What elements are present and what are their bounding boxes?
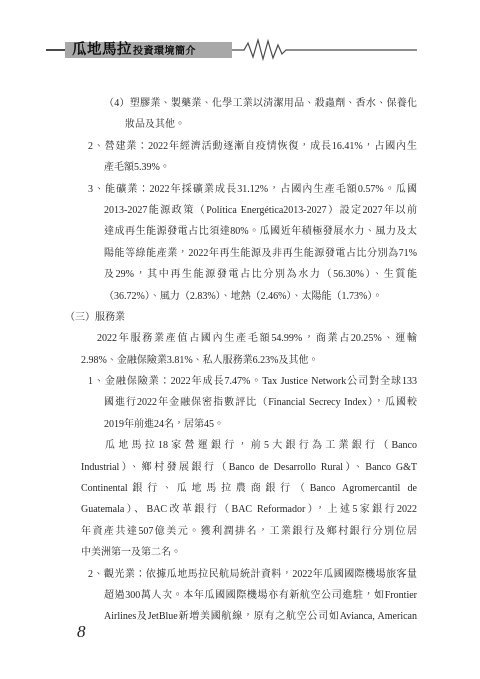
header-title-bar: 瓜地馬拉 投資環境簡介 — [65, 42, 232, 58]
document-body-text: （4）塑膠業、製藥業、化學工業以清潔用品、殺蟲劑、香水、保養化妝品及其他。2、營… — [65, 93, 417, 628]
text-line: 2.98%、金融保險業3.81%、私人服務業6.23%及其他。 — [81, 350, 417, 371]
text-line: （4）塑膠業、製藥業、化學工業以清潔用品、殺蟲劑、香水、保養化 — [104, 93, 417, 114]
text-line: Continental銀行、瓜地馬拉農商銀行（Banco Agromercant… — [81, 478, 417, 499]
text-line: 中美洲第一及第二名。 — [81, 542, 417, 563]
text-line: 及29%，其中再生能源發電占比分別為水力（56.30%）、生質能 — [104, 264, 417, 285]
text-line: 陽能等綠能產業，2022年再生能源及非再生能源發電占比分別為71% — [104, 243, 417, 264]
text-line: 國進行2022年金融保密指數評比（Financial Secrecy Index… — [104, 392, 417, 413]
heartbeat-pulse-graphic — [232, 37, 417, 63]
text-line: 1、金融保險業：2022年成長7.47%。Tax Justice Network… — [88, 371, 417, 392]
page-number: 8 — [77, 622, 86, 642]
doc-title-sub: 投資環境簡介 — [133, 46, 196, 58]
text-line: 2022年服務業產值占國內生產毛額54.99%，商業占20.25%、運輸 — [97, 328, 417, 349]
text-line: 超過300萬人次。本年瓜國國際機場亦有新航空公司進駐，如Frontier — [104, 585, 417, 606]
document-page: 瓜地馬拉 投資環境簡介 （4）塑膠業、製藥業、化學工業以清潔用品、殺蟲劑、香水、… — [0, 0, 480, 679]
text-line: 2013-2027能源政策（Política Energética2013-20… — [104, 200, 417, 221]
text-line: Airlines及JetBlue新增美國航線，原有之航空公司如Avianca, … — [104, 606, 417, 627]
header-rule-left-segment — [46, 49, 65, 51]
text-line: 產毛額5.39%。 — [104, 157, 417, 178]
text-line: 年資產共達507億美元。獲利潤排名，工業銀行及鄉村銀行分別位居 — [81, 521, 417, 542]
text-line: 瓜地馬拉18家營運銀行，前5大銀行為工業銀行（Banco — [105, 435, 417, 456]
doc-title-main: 瓜地馬拉 — [72, 43, 132, 58]
text-line: 2019年前進24名，居第45。 — [104, 414, 417, 435]
text-line: Guatemala）、BAC改革銀行（BAC Reformador），上述5家銀… — [81, 499, 417, 520]
text-line: （36.72%）、風力（2.83%）、地熱（2.46%）、太陽能（1.73%）。 — [104, 286, 417, 307]
text-line: 2、營建業：2022年經濟活動逐漸自疫情恢復，成長16.41%，占國內生 — [88, 136, 417, 157]
text-line: 妝品及其他。 — [125, 114, 417, 135]
text-line: 3、能礦業：2022年採礦業成長31.12%，占國內生產毛額0.57%。瓜國 — [88, 179, 417, 200]
text-line: 2、觀光業：依據瓜地馬拉民航局統計資料，2022年瓜國國際機場旅客量 — [88, 564, 417, 585]
text-line: 達成再生能源發電占比須達80%。瓜國近年積極發展水力、風力及太 — [104, 221, 417, 242]
text-line: Industrial）、鄉村發展銀行（Banco de Desarrollo R… — [81, 457, 417, 478]
text-line: （三）服務業 — [65, 307, 417, 328]
